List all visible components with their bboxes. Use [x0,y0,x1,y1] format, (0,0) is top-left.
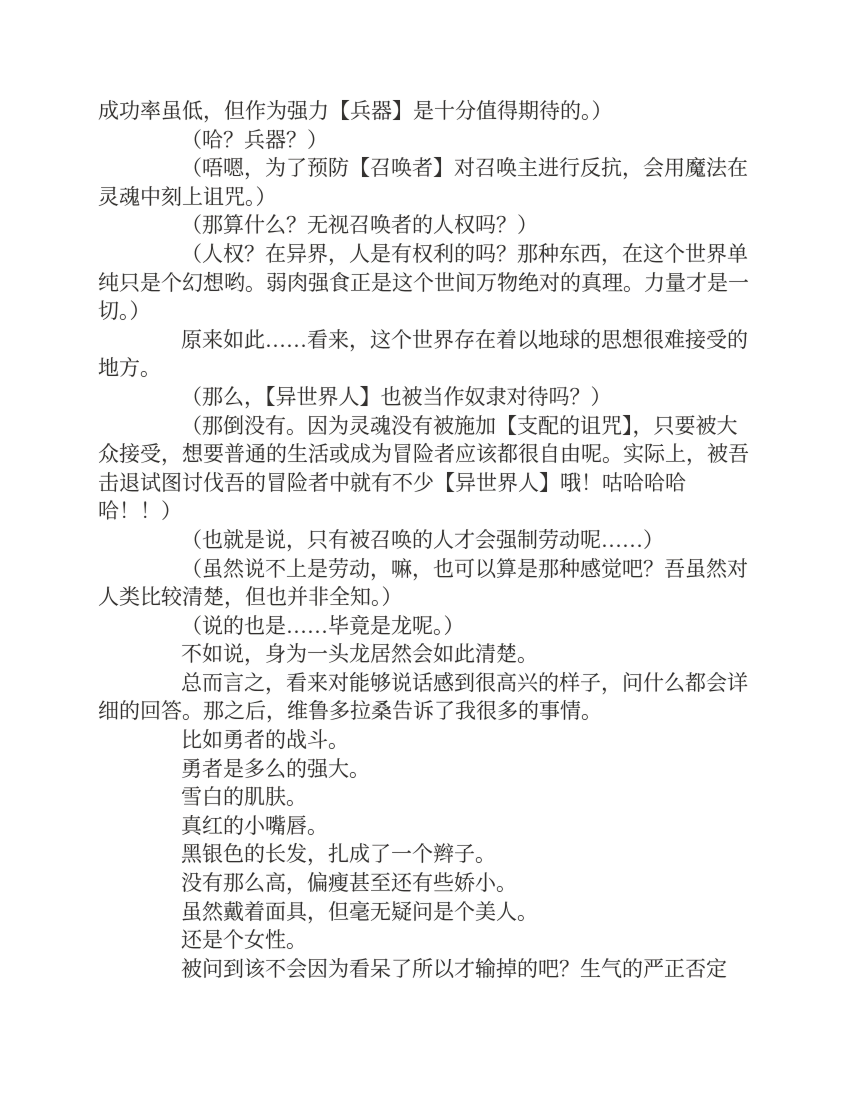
paragraph: 被问到该不会因为看呆了所以才输掉的吧？生气的严正否定 [98,955,758,984]
paragraph: （那倒没有。因为灵魂没有被施加【支配的诅咒】，只要被大 众接受，想要普通的生活或… [98,412,758,526]
paragraph: （虽然说不上是劳动，嘛，也可以算是那种感觉吧？吾虽然对 人类比较清楚，但也并非全… [98,555,758,612]
paragraph: 黑银色的长发，扎成了一个辫子。 [98,840,758,869]
paragraph: （也就是说，只有被召唤的人才会强制劳动呢……） [98,526,758,555]
paragraph: （人权？在异界，人是有权利的吗？那种东西，在这个世界单 纯只是个幻想哟。弱肉强食… [98,240,758,326]
document-page: 成功率虽低，但作为强力【兵器】是十分值得期待的。）（哈？兵器？）（唔嗯，为了预防… [0,0,850,1100]
paragraph: 没有那么高，偏瘦甚至还有些娇小。 [98,869,758,898]
paragraph: （说的也是……毕竟是龙呢。） [98,612,758,641]
paragraph: （哈？兵器？） [98,126,758,155]
paragraph: 成功率虽低，但作为强力【兵器】是十分值得期待的。） [98,97,758,126]
paragraph: 真红的小嘴唇。 [98,812,758,841]
paragraph: （唔嗯，为了预防【召唤者】对召唤主进行反抗，会用魔法在 灵魂中刻上诅咒。） [98,154,758,211]
paragraph: （那算什么？无视召唤者的人权吗？） [98,211,758,240]
page-text-content: 成功率虽低，但作为强力【兵器】是十分值得期待的。）（哈？兵器？）（唔嗯，为了预防… [98,97,758,983]
paragraph: （那么，【异世界人】也被当作奴隶对待吗？） [98,383,758,412]
paragraph: 总而言之，看来对能够说话感到很高兴的样子，问什么都会详 细的回答。那之后，维鲁多… [98,669,758,726]
paragraph: 雪白的肌肤。 [98,783,758,812]
paragraph: 还是个女性。 [98,926,758,955]
paragraph: 比如勇者的战斗。 [98,726,758,755]
paragraph: 不如说，身为一头龙居然会如此清楚。 [98,640,758,669]
paragraph: 原来如此……看来，这个世界存在着以地球的思想很难接受的 地方。 [98,326,758,383]
paragraph: 虽然戴着面具，但毫无疑问是个美人。 [98,898,758,927]
paragraph: 勇者是多么的强大。 [98,755,758,784]
